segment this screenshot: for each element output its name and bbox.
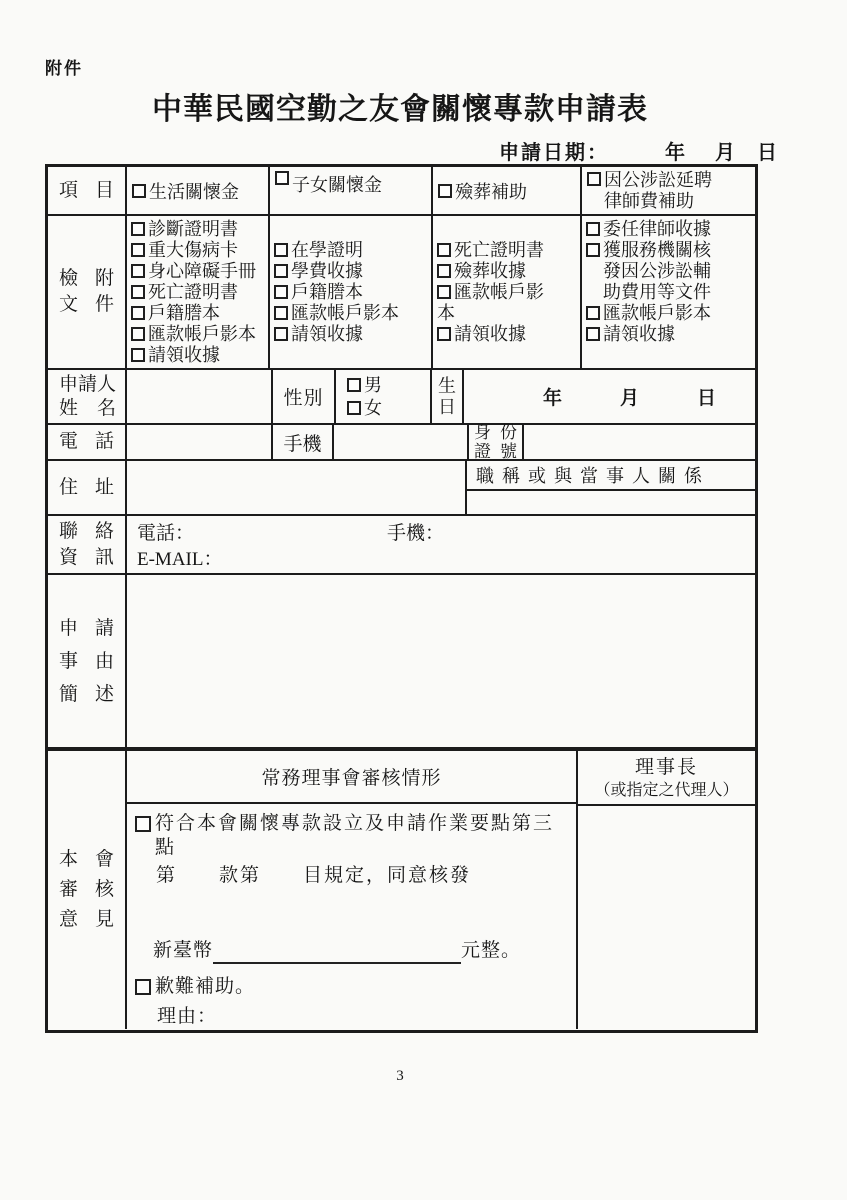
- doc-checkbox-icon[interactable]: [437, 264, 451, 278]
- gender-male-option: 男: [347, 374, 430, 397]
- gender-options: 男 女: [336, 370, 432, 423]
- doc-label: 死亡證明書: [454, 240, 544, 261]
- doc-checkbox-icon[interactable]: [131, 327, 145, 341]
- doc-item: 死亡證明書: [131, 282, 265, 303]
- board-review-header: 常務理事會審核情形: [127, 751, 576, 804]
- date-label: 申請日期：: [499, 136, 609, 165]
- doc-checkbox-icon[interactable]: [274, 264, 288, 278]
- doc-checkbox-icon[interactable]: [131, 222, 145, 236]
- items-label-text: 項目: [59, 178, 114, 204]
- doc-label: 匯款帳戶影本: [437, 282, 544, 323]
- application-date-line: 申請日期： 年 月 日: [499, 136, 777, 165]
- birth-year-unit: 年: [543, 383, 562, 410]
- chairman-column: 理事長 （或指定之代理人）: [578, 751, 755, 1029]
- contact-line2: E-MAIL：: [137, 547, 755, 573]
- doc-checkbox-icon[interactable]: [274, 285, 288, 299]
- board-review-column: 常務理事會審核情形 符合本會關懷專款設立及申請作業要點第三點 第 款第 目規定，…: [127, 751, 578, 1029]
- funeral-subsidy-checkbox-icon[interactable]: [438, 184, 452, 198]
- application-form-table: 項目 生活關懷金 子女關懷金 殮葬補助 因公涉訟延聘律師費補助 檢附: [45, 164, 758, 1033]
- male-checkbox-icon[interactable]: [347, 378, 361, 392]
- reason-label: 申請 事由 簡述: [48, 575, 127, 747]
- doc-item: 匯款帳戶影本: [586, 303, 752, 324]
- doc-item: 戶籍謄本: [274, 282, 428, 303]
- doc-checkbox-icon[interactable]: [131, 264, 145, 278]
- funeral-subsidy-label: 殮葬補助: [455, 178, 527, 204]
- lawsuit-subsidy-checkbox-icon[interactable]: [587, 172, 601, 186]
- review-section: 本會 審核 意見 常務理事會審核情形 符合本會關懷專款設立及申請作業要點第三點 …: [48, 751, 755, 1029]
- date-month-unit: 月: [715, 136, 735, 165]
- doc-checkbox-icon[interactable]: [437, 243, 451, 257]
- birthday-label: 生 日: [432, 370, 464, 423]
- applicant-row: 申請人 姓名 性別 男 女 生 日: [48, 370, 755, 425]
- doc-checkbox-icon[interactable]: [274, 306, 288, 320]
- doc-label: 身心障礙手冊: [148, 261, 256, 282]
- doc-checkbox-icon[interactable]: [131, 243, 145, 257]
- doc-label: 戶籍謄本: [148, 303, 220, 324]
- id-number-label: 身份 證號: [469, 425, 524, 459]
- date-day-unit: 日: [757, 136, 777, 165]
- page-number: 3: [0, 1068, 800, 1085]
- doc-label: 匯款帳戶影本: [603, 303, 711, 324]
- reject-reason-label: 理由：: [157, 1005, 568, 1029]
- doc-label: 死亡證明書: [148, 282, 238, 303]
- doc-label: 匯款帳戶影本: [291, 303, 399, 324]
- doc-label: 殮葬收據: [454, 261, 526, 282]
- doc-checkbox-icon[interactable]: [274, 327, 288, 341]
- doc-item: 委任律師收據: [586, 219, 752, 240]
- applicant-name-field[interactable]: [127, 370, 273, 423]
- life-care-checkbox-icon[interactable]: [132, 184, 146, 198]
- birth-month-unit: 月: [620, 383, 639, 410]
- contact-line1: 電話：手機：: [137, 521, 755, 547]
- approve-option: 符合本會關懷專款設立及申請作業要點第三點: [135, 812, 568, 860]
- life-care-documents-list: 診斷證明書 重大傷病卡 身心障礙手冊 死亡證明書 戶籍謄本 匯款帳戶影本 請領收…: [127, 216, 270, 368]
- contact-label: 聯絡 資訊: [48, 516, 127, 573]
- relation-field[interactable]: [467, 491, 755, 514]
- mobile-label: 手機: [273, 425, 334, 459]
- chairman-title: 理事長: [635, 755, 698, 780]
- items-row: 項目 生活關懷金 子女關懷金 殮葬補助 因公涉訟延聘律師費補助: [48, 167, 755, 216]
- doc-item: 請領收據: [586, 324, 752, 345]
- contact-email-label: E-MAIL：: [137, 549, 222, 570]
- doc-checkbox-icon[interactable]: [274, 243, 288, 257]
- phone-row: 電話 手機 身份 證號: [48, 425, 755, 461]
- chairman-header: 理事長 （或指定之代理人）: [578, 751, 755, 806]
- doc-item: 匯款帳戶影本: [131, 324, 265, 345]
- female-checkbox-icon[interactable]: [347, 401, 361, 415]
- contact-mobile-label: 手機：: [387, 523, 444, 544]
- doc-label: 匯款帳戶影本: [148, 324, 256, 345]
- board-review-body: 符合本會關懷專款設立及申請作業要點第三點 第 款第 目規定，同意核發 新臺幣元整…: [127, 804, 576, 1029]
- doc-checkbox-icon[interactable]: [131, 285, 145, 299]
- reason-row: 申請 事由 簡述: [48, 575, 755, 751]
- doc-checkbox-icon[interactable]: [437, 327, 451, 341]
- doc-label: 請領收據: [148, 345, 220, 366]
- chairman-subtitle: （或指定之代理人）: [594, 780, 738, 801]
- funeral-documents-list: 死亡證明書 殮葬收據 匯款帳戶影本 請領收據: [433, 216, 582, 368]
- address-field[interactable]: [127, 461, 467, 514]
- documents-row-label: 檢附 文件: [48, 216, 127, 368]
- doc-item: 殮葬收據: [437, 261, 577, 282]
- doc-item: 匯款帳戶影本: [437, 282, 559, 324]
- doc-checkbox-icon[interactable]: [586, 222, 600, 236]
- documents-label-line2: 文件: [59, 292, 114, 318]
- doc-item: 身心障礙手冊: [131, 261, 265, 282]
- doc-label: 診斷證明書: [148, 219, 238, 240]
- gender-label: 性別: [273, 370, 336, 423]
- doc-item: 在學證明: [274, 240, 428, 261]
- birth-day-unit: 日: [697, 383, 716, 410]
- doc-item: 學費收據: [274, 261, 428, 282]
- doc-item: 重大傷病卡: [131, 240, 265, 261]
- doc-label: 重大傷病卡: [148, 240, 238, 261]
- phone-field[interactable]: [127, 425, 273, 459]
- doc-item: 獲服務機關核發因公涉訟輔助費用等文件: [586, 240, 752, 303]
- doc-item: 請領收據: [437, 324, 577, 345]
- option-funeral-subsidy: 殮葬補助: [433, 167, 582, 214]
- review-side-label: 本會 審核 意見: [48, 751, 127, 1029]
- doc-label: 獲服務機關核發因公涉訟輔助費用等文件: [603, 240, 714, 303]
- doc-item: 請領收據: [274, 324, 428, 345]
- address-row: 住址 職稱或與當事人關係: [48, 461, 755, 516]
- option-life-care: 生活關懷金: [127, 167, 270, 214]
- doc-item: 死亡證明書: [437, 240, 577, 261]
- doc-item: 戶籍謄本: [131, 303, 265, 324]
- doc-checkbox-icon[interactable]: [586, 306, 600, 320]
- reject-checkbox-icon[interactable]: [135, 979, 151, 995]
- female-label: 女: [364, 397, 382, 420]
- doc-item: 請領收據: [131, 345, 265, 366]
- doc-label: 委任律師收據: [603, 219, 711, 240]
- doc-item: 匯款帳戶影本: [274, 303, 428, 324]
- chairman-signature-field[interactable]: [578, 806, 755, 1029]
- amount-suffix: 元整。: [461, 940, 521, 961]
- phone-label: 電話: [48, 425, 127, 459]
- form-title: 中華民國空勤之友會關懷專款申請表: [0, 84, 800, 128]
- amount-blank-field[interactable]: [213, 943, 461, 964]
- attachment-label: 附件: [45, 54, 83, 79]
- approve-checkbox-icon[interactable]: [135, 816, 151, 832]
- date-year-unit: 年: [665, 136, 685, 165]
- approve-text-line1: 符合本會關懷專款設立及申請作業要點第三點: [155, 812, 568, 860]
- doc-checkbox-icon[interactable]: [586, 327, 600, 341]
- doc-label: 請領收據: [291, 324, 363, 345]
- amount-prefix: 新臺幣: [153, 940, 213, 961]
- children-care-checkbox-icon[interactable]: [275, 171, 289, 185]
- applicant-label-line1: 申請人: [59, 373, 116, 397]
- gender-female-option: 女: [347, 397, 430, 420]
- items-row-label: 項目: [48, 167, 127, 214]
- reason-field[interactable]: [127, 575, 755, 747]
- option-lawsuit-subsidy: 因公涉訟延聘律師費補助: [582, 167, 755, 214]
- applicant-name-label: 申請人 姓名: [48, 370, 127, 423]
- scanned-form-page: 附件 中華民國空勤之友會關懷專款申請表 申請日期： 年 月 日 項目 生活關懷金…: [0, 0, 847, 1200]
- lawsuit-subsidy-label: 因公涉訟延聘律師費補助: [604, 170, 716, 212]
- children-care-label: 子女關懷金: [292, 171, 382, 197]
- doc-label: 學費收據: [291, 261, 363, 282]
- approve-text-line2: 第 款第 目規定，同意核發: [156, 864, 568, 888]
- doc-checkbox-icon[interactable]: [131, 306, 145, 320]
- contact-phone-label: 電話：: [137, 521, 387, 547]
- male-label: 男: [364, 374, 382, 397]
- doc-label: 在學證明: [291, 240, 363, 261]
- contact-field[interactable]: 電話：手機： E-MAIL：: [127, 516, 755, 573]
- relation-column: 職稱或與當事人關係: [467, 461, 755, 514]
- children-care-documents-list: 在學證明 學費收據 戶籍謄本 匯款帳戶影本 請領收據: [270, 216, 433, 368]
- address-label: 住址: [48, 461, 127, 514]
- life-care-label: 生活關懷金: [149, 178, 239, 204]
- doc-label: 請領收據: [454, 324, 526, 345]
- relation-label: 職稱或與當事人關係: [467, 461, 755, 491]
- doc-item: 診斷證明書: [131, 219, 265, 240]
- amount-line: 新臺幣元整。: [153, 938, 568, 964]
- documents-row: 檢附 文件 診斷證明書 重大傷病卡 身心障礙手冊 死亡證明書 戶籍謄本 匯款帳戶…: [48, 216, 755, 370]
- doc-label: 請領收據: [603, 324, 675, 345]
- documents-label-line1: 檢附: [59, 266, 114, 292]
- doc-checkbox-icon[interactable]: [586, 243, 600, 257]
- doc-checkbox-icon[interactable]: [131, 348, 145, 362]
- reject-option: 歉難補助。: [135, 975, 568, 999]
- applicant-label-line2: 姓名: [59, 397, 116, 421]
- contact-row: 聯絡 資訊 電話：手機： E-MAIL：: [48, 516, 755, 575]
- id-number-field[interactable]: [524, 425, 755, 459]
- birthday-field[interactable]: 年 月 日: [464, 370, 755, 423]
- lawsuit-documents-list: 委任律師收據 獲服務機關核發因公涉訟輔助費用等文件 匯款帳戶影本 請領收據: [582, 216, 755, 368]
- doc-label: 戶籍謄本: [291, 282, 363, 303]
- doc-checkbox-icon[interactable]: [437, 285, 451, 299]
- mobile-field[interactable]: [334, 425, 469, 459]
- option-children-care: 子女關懷金: [270, 167, 433, 214]
- reject-text: 歉難補助。: [155, 975, 255, 999]
